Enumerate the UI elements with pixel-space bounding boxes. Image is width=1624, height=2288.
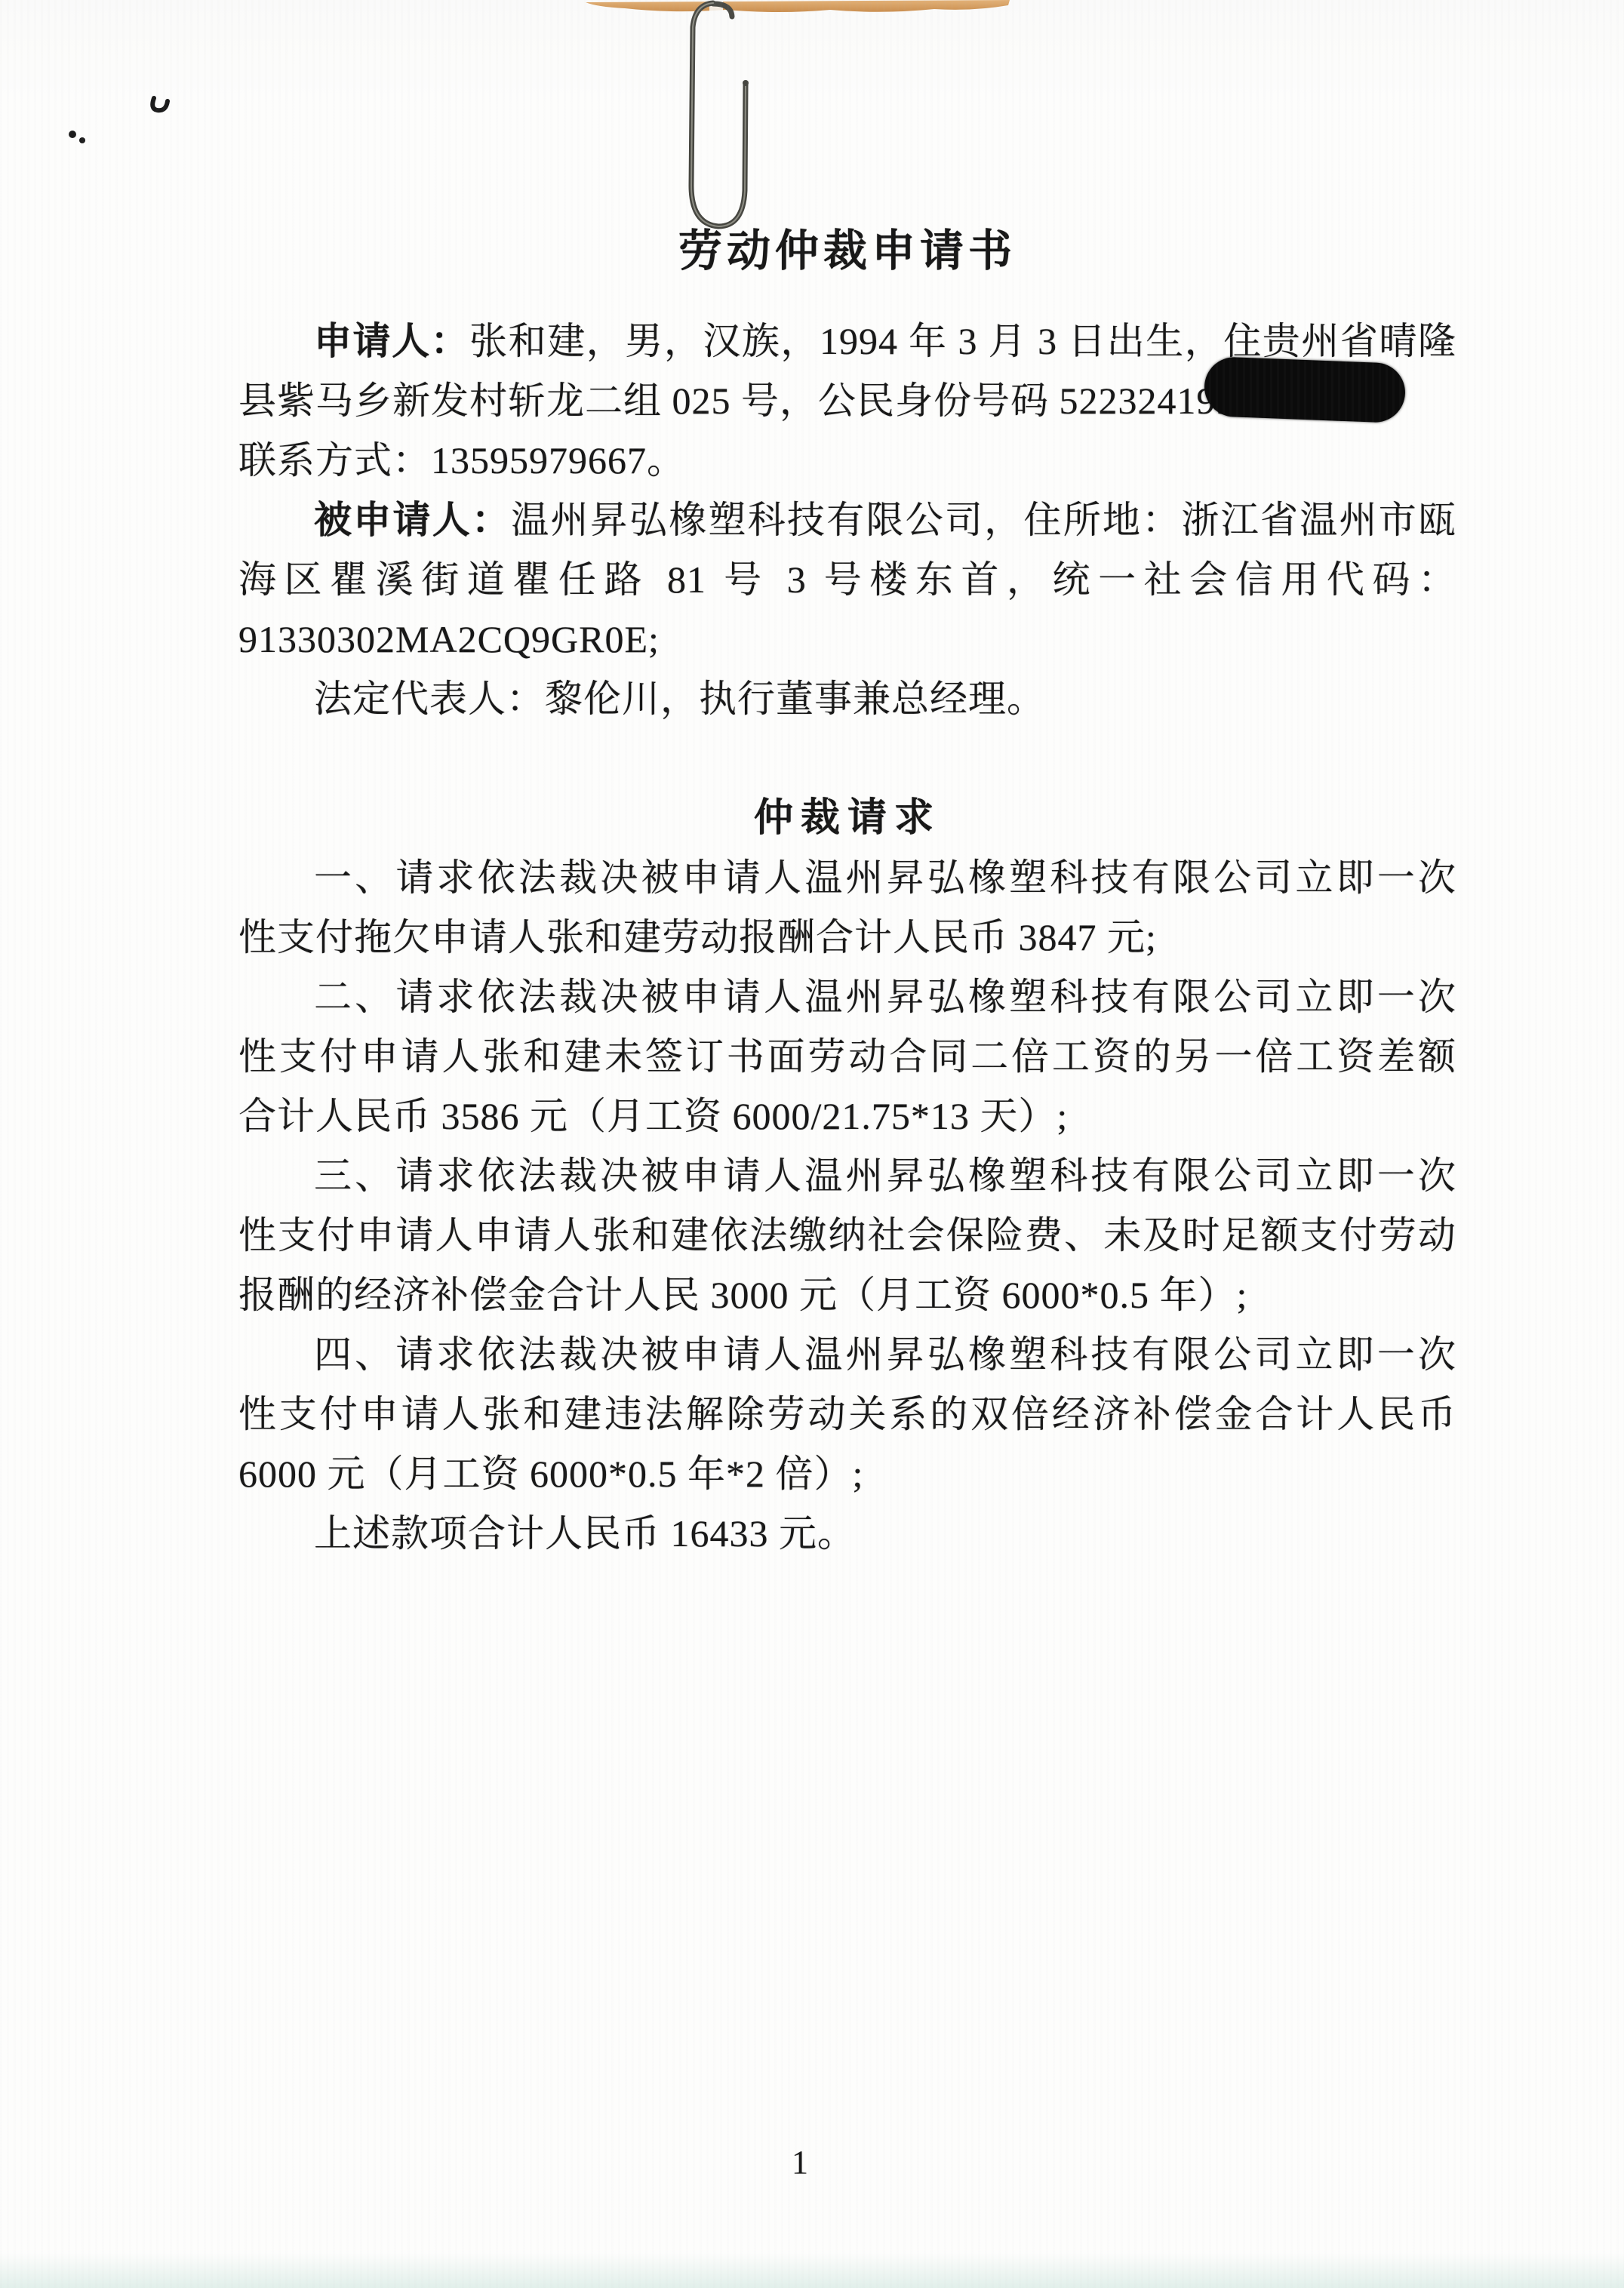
applicant-info: 张和建，男，汉族，1994 年 3 月 3 日出生，住贵州省晴隆 [469, 320, 1456, 362]
claim-1-line-2: 性支付拖欠申请人张和建劳动报酬合计人民币 3847 元; [238, 908, 1456, 967]
respondent-label: 被申请人： [314, 499, 511, 541]
cardboard-strip [586, 0, 1010, 12]
claim-2-line-1: 二、请求依法裁决被申请人温州昇弘橡塑科技有限公司立即一次 [238, 967, 1456, 1027]
respondent-credit-code: 91330302MA2CQ9GR0E; [238, 610, 1456, 669]
respondent-line-2: 海区瞿溪街道瞿任路 81 号 3 号楼东首，统一社会信用代码： [238, 550, 1456, 610]
redaction-bar [1204, 356, 1407, 423]
claim-1-line-1: 一、请求依法裁决被申请人温州昇弘橡塑科技有限公司立即一次 [238, 848, 1456, 908]
document-body: 劳动仲裁申请书 申请人：张和建，男，汉族，1994 年 3 月 3 日出生，住贵… [238, 223, 1456, 1564]
claim-4-line-2: 性支付申请人张和建违法解除劳动关系的双倍经济补偿金合计人民币 [238, 1385, 1456, 1444]
page-number: 1 [770, 2143, 830, 2182]
paperclip-icon [581, 0, 1019, 249]
claim-3-line-1: 三、请求依法裁决被申请人温州昇弘橡塑科技有限公司立即一次 [238, 1146, 1456, 1206]
claim-4-line-1: 四、请求依法裁决被申请人温州昇弘橡塑科技有限公司立即一次 [238, 1325, 1456, 1385]
claim-2-line-3: 合计人民币 3586 元（月工资 6000/21.75*13 天）; [238, 1087, 1456, 1146]
legal-representative-line: 法定代表人：黎伦川，执行董事兼总经理。 [238, 669, 1456, 729]
claim-2-line-2: 性支付申请人张和建未签订书面劳动合同二倍工资的另一倍工资差额 [238, 1027, 1456, 1087]
applicant-label: 申请人： [314, 320, 469, 362]
claim-3-line-2: 性支付申请人申请人张和建依法缴纳社会保险费、未及时足额支付劳动 [238, 1206, 1456, 1265]
scanned-document-page: 劳动仲裁申请书 申请人：张和建，男，汉族，1994 年 3 月 3 日出生，住贵… [0, 0, 1624, 2288]
ink-specks [60, 91, 189, 158]
respondent-info: 温州昇弘橡塑科技有限公司，住所地：浙江省温州市瓯 [511, 499, 1456, 541]
page-title: 劳动仲裁申请书 [238, 223, 1456, 280]
respondent-line-1: 被申请人：温州昇弘橡塑科技有限公司，住所地：浙江省温州市瓯 [238, 491, 1456, 550]
claim-3-line-3: 报酬的经济补偿金合计人民 3000 元（月工资 6000*0.5 年）; [238, 1265, 1456, 1325]
applicant-contact-line: 联系方式：13595979667。 [238, 431, 1456, 491]
claim-4-line-3: 6000 元（月工资 6000*0.5 年*2 倍）; [238, 1444, 1456, 1504]
scan-edge-tint [0, 2253, 1624, 2288]
claims-total-line: 上述款项合计人民币 16433 元。 [238, 1504, 1456, 1564]
claims-heading: 仲裁请求 [238, 789, 1456, 848]
